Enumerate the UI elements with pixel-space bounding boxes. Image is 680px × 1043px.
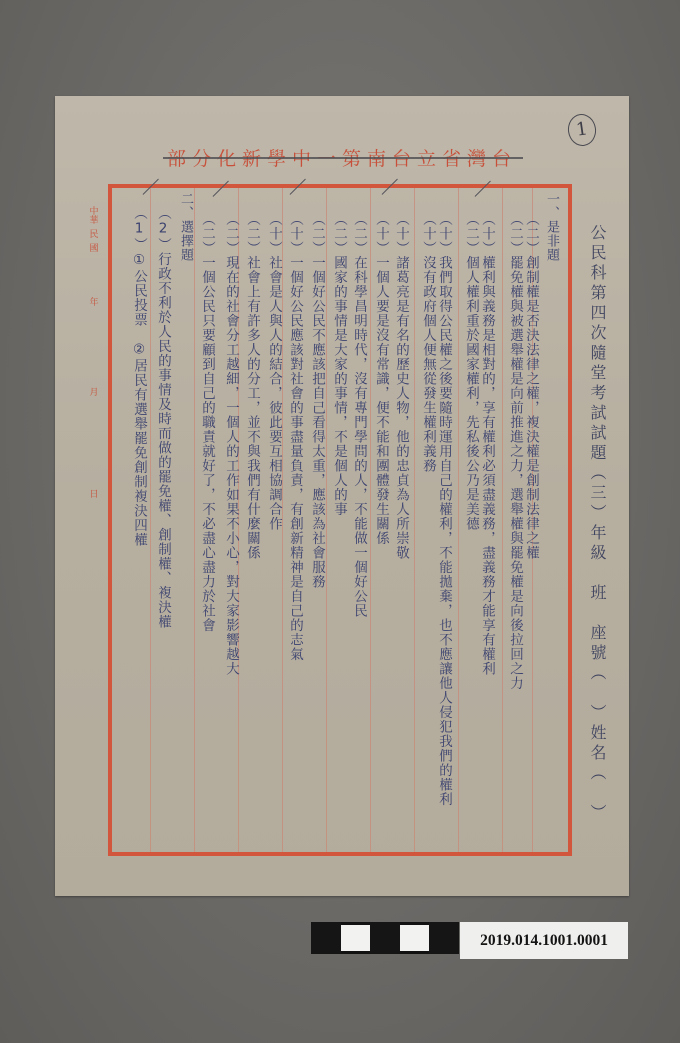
question-6: （十）沒有政府個人便無從發生權利義務	[421, 212, 435, 473]
question-3: （十）權利與義務是相對的，享有權利必須盡義務，盡義務才能享有權利	[480, 212, 494, 676]
scale-cell	[370, 922, 400, 954]
ruling-line	[326, 188, 327, 852]
section-heading-true-false: 一、是非題	[544, 192, 558, 262]
ruling-line	[194, 188, 195, 852]
question-4: （二）個人權利重於國家權利，先私後公乃是美德	[464, 212, 478, 531]
question-9: （二）在科學昌明時代，沒有專門學問的人，不能做一個好公民	[352, 212, 366, 618]
question-16: （二）一個公民只要顧到自己的職責就好了，不必盡心盡力於社會	[200, 212, 214, 633]
question-14: （二）社會上有許多人的分工，並不與我們有什麼關係	[245, 212, 259, 560]
margin-date-stamp: 中 華 民 國 年 月 日	[87, 208, 101, 500]
date-char: 月	[87, 349, 101, 439]
color-scale-bar	[311, 922, 459, 954]
scale-cell	[429, 922, 459, 954]
mc-question-2: （1）①公民投票 ②居民有選舉罷免創制複決四權	[132, 206, 146, 547]
question-7: （十）諸葛亮是有名的歷史人物，他的忠貞為人所崇敬	[394, 212, 408, 560]
question-11: （二）一個好公民不應該把自己看得太重，應該為社會服務	[310, 212, 324, 589]
ruling-line	[370, 188, 371, 852]
letterhead-strikethrough	[163, 157, 523, 159]
question-5: （十）我們取得公民權之後要隨時運用自己的權利，不能拋棄，也不應讓他人侵犯我們的權…	[437, 212, 451, 807]
ruling-line	[414, 188, 415, 852]
question-10: （二）國家的事情是大家的事情，不是個人的事	[332, 212, 346, 517]
question-13: （十）社會是人與人的結合，彼此要互相協調合作	[267, 212, 281, 531]
mc-question-1: （2）行政不利於人民的事情及時而做的罷免權、創制權、複決權	[156, 206, 170, 629]
red-ruled-frame: 一、是非題 （二）創制權是否決法律之權，複決權是創制法律之權 （二）罷免權與被選…	[108, 184, 572, 856]
ruling-line	[282, 188, 283, 852]
date-char: 年	[87, 259, 101, 349]
question-12: （十）一個好公民應該對社會的事盡量負責，有創新精神是自己的志氣	[288, 212, 302, 662]
question-2: （二）罷免權與被選舉權是向前推進之力，選舉權與罷免權是向後拉回之力	[508, 212, 522, 691]
section-heading-multiple-choice: 二、選擇題	[178, 192, 192, 262]
question-1: （二）創制權是否決法律之權，複決權是創制法律之權	[524, 212, 538, 560]
scale-cell	[341, 925, 371, 951]
question-15: （二）現在的社會分工越細，一個人的工作如果不小心，對大家影響越大	[224, 212, 238, 676]
date-char: 國	[87, 245, 101, 259]
ruling-line	[150, 188, 151, 852]
ruling-line	[458, 188, 459, 852]
date-char: 日	[87, 439, 101, 500]
date-char: 華	[87, 217, 101, 231]
page-number-circle: 1	[566, 112, 598, 148]
scale-cell	[311, 922, 341, 954]
question-8: （十）一個人要是沒有常識，便不能和團體發生關係	[374, 212, 388, 546]
scale-cell	[400, 925, 430, 951]
ruling-line	[502, 188, 503, 852]
accession-number-label: 2019.014.1001.0001	[460, 922, 628, 959]
exam-title-handwritten: 公民科第四次隨堂考試試題（三）年級 班 座號（ ）姓名（ ）	[587, 224, 607, 824]
date-char: 民	[87, 231, 101, 245]
exam-sheet: 1 台灣省立台南第一中學新化分部 中 華 民 國 年 月 日 一、是非題 （二）…	[55, 96, 629, 896]
